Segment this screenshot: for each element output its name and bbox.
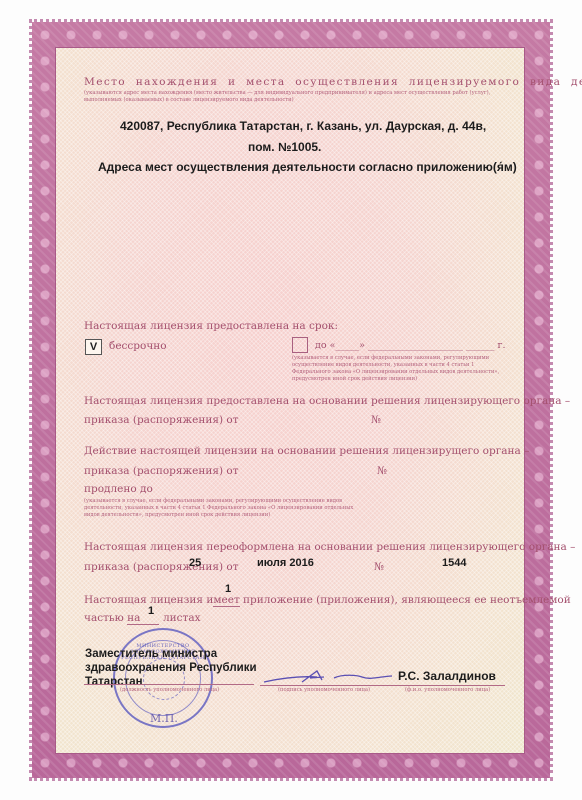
appendix-count: 1 xyxy=(225,583,231,595)
reissued-line-1: Настоящая лицензия переоформлена на осно… xyxy=(84,541,575,553)
granted-line-2: приказа (распоряжения) от xyxy=(84,414,239,426)
reissued-number-label: № xyxy=(374,561,384,573)
reissued-number: 1544 xyxy=(442,557,466,569)
appendix-line-2a: частью на xyxy=(84,612,140,624)
appendix-line-1a: Настоящая лицензия имеет xyxy=(84,594,240,606)
reissued-month-year: июля 2016 xyxy=(257,557,314,569)
mp-label: М.П. xyxy=(150,712,178,725)
signatory-position-2: здравоохранения Республики xyxy=(85,662,257,674)
extended-until-label: продлено до xyxy=(84,483,153,495)
until-date-checkbox[interactable] xyxy=(292,337,308,353)
reissued-line-2: приказа (распоряжения) от xyxy=(84,561,239,573)
unlimited-checkbox[interactable]: V xyxy=(85,339,102,355)
signature-caption: (подпись уполномоченного лица) xyxy=(278,687,370,694)
extended-line-1: Действие настоящей лицензии на основании… xyxy=(84,445,529,457)
name-caption: (ф.и.о. уполномоченного лица) xyxy=(405,687,490,694)
extended-line-2: приказа (распоряжения) от xyxy=(84,465,239,477)
address-line-2: пом. №1005. xyxy=(248,140,321,154)
appendix-sheets-underline xyxy=(127,624,159,625)
position-underline xyxy=(84,684,254,685)
reissued-day: 25 xyxy=(189,557,201,569)
address-line-3: Адреса мест осуществления деятельности с… xyxy=(98,160,517,174)
until-date-hint: (указывается в случае, если федеральными… xyxy=(292,355,514,383)
until-date-label: до «_____» ____________________ ______ г… xyxy=(315,340,506,351)
name-underline xyxy=(392,685,505,686)
appendix-line-1b: приложение (приложения), являющееся ее н… xyxy=(243,594,571,606)
location-heading: Место нахождения и места осуществления л… xyxy=(84,76,582,88)
extended-number-label: № xyxy=(377,465,387,477)
appendix-line-2b: листах xyxy=(163,612,201,624)
granted-line-1: Настоящая лицензия предоставлена на осно… xyxy=(84,395,570,407)
signature-underline xyxy=(260,685,392,686)
signatory-name: Р.С. Залалдинов xyxy=(398,669,496,683)
unlimited-label: бессрочно xyxy=(109,340,167,352)
granted-number-label: № xyxy=(371,414,381,426)
location-hint: (указываются адрес места нахождения (мес… xyxy=(84,90,524,104)
term-heading: Настоящая лицензия предоставлена на срок… xyxy=(84,320,338,332)
position-caption: (должность уполномоченного лица) xyxy=(120,687,219,694)
appendix-count-underline xyxy=(213,606,240,607)
extended-hint: (указывается в случае, если федеральными… xyxy=(84,498,364,519)
appendix-sheets: 1 xyxy=(148,605,154,617)
address-line-1: 420087, Республика Татарстан, г. Казань,… xyxy=(120,119,486,133)
signatory-position-1: Заместитель министра xyxy=(85,648,217,660)
